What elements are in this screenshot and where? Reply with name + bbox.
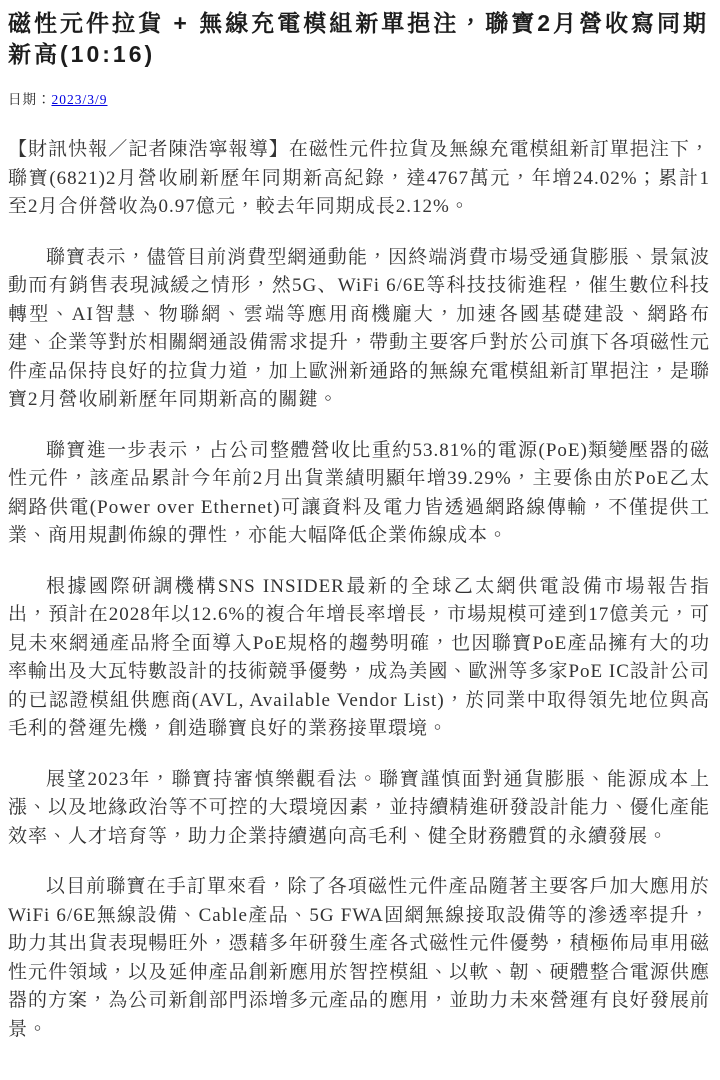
paragraph: 根據國際研調機構SNS INSIDER最新的全球乙太網供電設備市場報告指出，預計… (8, 573, 710, 744)
paragraph-lead: 【財訊快報／記者陳浩寧報導】在磁性元件拉貨及無線充電模組新訂單挹注下，聯寶(68… (8, 136, 710, 222)
paragraph: 聯寶進一步表示，占公司整體營收比重約53.81%的電源(PoE)類變壓器的磁性元… (8, 437, 710, 551)
paragraph: 以目前聯寶在手訂單來看，除了各項磁性元件產品隨著主要客戶加大應用於WiFi 6/… (8, 873, 710, 1044)
date-link[interactable]: 2023/3/9 (52, 92, 108, 107)
news-article-page: 磁性元件拉貨 + 無線充電模組新單挹注，聯寶2月營收寫同期新高(10:16) 日… (0, 0, 720, 1080)
paragraph: 展望2023年，聯寶持審慎樂觀看法。聯寶謹慎面對通貨膨脹、能源成本上漲、以及地緣… (8, 766, 710, 852)
date-label: 日期： (8, 92, 52, 107)
date-row: 日期：2023/3/9 (8, 88, 710, 108)
article-title: 磁性元件拉貨 + 無線充電模組新單挹注，聯寶2月營收寫同期新高(10:16) (8, 8, 710, 70)
paragraph: 聯寶表示，儘管目前消費型網通動能，因終端消費市場受通貨膨脹、景氣波動而有銷售表現… (8, 244, 710, 415)
